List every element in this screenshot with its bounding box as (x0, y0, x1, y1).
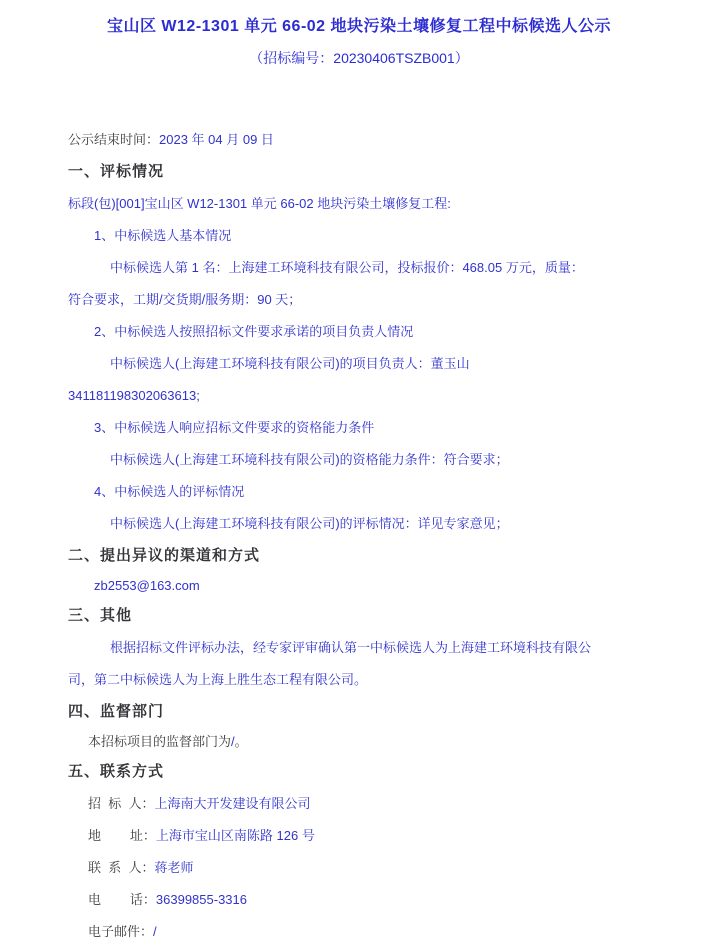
item-2-title: 2、中标候选人按照招标文件要求承诺的项目负责人情况 (94, 316, 650, 348)
document-page: 宝山区 W12-1301 单元 66-02 地块污染土壤修复工程中标候选人公示 … (0, 0, 708, 944)
section-3-heading: 三、其他 (68, 600, 650, 632)
contact-row-tenderer: 招 标 人：上海南大开发建设有限公司 (88, 788, 650, 820)
publicity-end-value: 2023 年 04 月 09 日 (159, 132, 274, 147)
lot-line: 标段(包)[001]宝山区 W12-1301 单元 66-02 地块污染土壤修复… (68, 188, 650, 220)
other-paragraph-line-2: 司，第二中标候选人为上海上胜生态工程有限公司。 (68, 664, 650, 696)
contact-row-person: 联 系 人：蒋老师 (88, 852, 650, 884)
item-1-paragraph-line-1: 中标候选人第 1 名：上海建工环境科技有限公司，投标报价：468.05 万元，质… (110, 252, 650, 284)
address-value: 上海市宝山区南陈路 126 号 (156, 828, 315, 843)
item-3-title: 3、中标候选人响应招标文件要求的资格能力条件 (94, 412, 650, 444)
publicity-end-line: 公示结束时间：2023 年 04 月 09 日 (68, 124, 650, 156)
contact-person-value: 蒋老师 (154, 860, 193, 875)
item-3-paragraph-line-1: 中标候选人(上海建工环境科技有限公司)的资格能力条件：符合要求； (110, 444, 650, 476)
item-4-paragraph-line-1: 中标候选人(上海建工环境科技有限公司)的评标情况：详见专家意见； (110, 508, 650, 540)
objection-email: zb2553@163.com (94, 572, 650, 600)
phone-value: 36399855-3316 (156, 892, 247, 907)
other-paragraph-line-1: 根据招标文件评标办法，经专家评审确认第一中标候选人为上海建工环境科技有限公 (110, 632, 650, 664)
phone-label: 电 话： (88, 892, 156, 907)
contact-row-address: 地 址：上海市宝山区南陈路 126 号 (88, 820, 650, 852)
contact-row-phone: 电 话：36399855-3316 (88, 884, 650, 916)
doc-title: 宝山区 W12-1301 单元 66-02 地块污染土壤修复工程中标候选人公示 (68, 14, 650, 40)
publicity-end-label: 公示结束时间： (68, 132, 159, 147)
section-2-heading: 二、提出异议的渠道和方式 (68, 540, 650, 572)
item-2-paragraph-line-1: 中标候选人(上海建工环境科技有限公司)的项目负责人：董玉山 (110, 348, 650, 380)
supervision-line: 本招标项目的监督部门为/。 (88, 728, 650, 756)
contact-row-email: 电子邮件：/ (88, 916, 650, 944)
address-label: 地 址： (88, 828, 156, 843)
section-1-heading: 一、评标情况 (68, 156, 650, 188)
item-1-title: 1、中标候选人基本情况 (94, 220, 650, 252)
item-1-paragraph-line-2: 符合要求，工期/交货期/服务期：90 天； (68, 284, 650, 316)
section-4-heading: 四、监督部门 (68, 696, 650, 728)
tenderer-value: 上海南大开发建设有限公司 (154, 796, 310, 811)
tenderer-label: 招 标 人： (88, 796, 154, 811)
doc-subtitle: （招标编号：20230406TSZB001） (68, 46, 650, 70)
contact-person-label: 联 系 人： (88, 860, 154, 875)
supervision-suffix: 。 (235, 734, 248, 749)
item-4-title: 4、中标候选人的评标情况 (94, 476, 650, 508)
email-value: / (153, 924, 157, 939)
email-label: 电子邮件： (88, 924, 153, 939)
section-5-heading: 五、联系方式 (68, 756, 650, 788)
item-2-paragraph-line-2: 341181198302063613; (68, 380, 650, 412)
supervision-prefix: 本招标项目的监督部门为 (88, 734, 231, 749)
